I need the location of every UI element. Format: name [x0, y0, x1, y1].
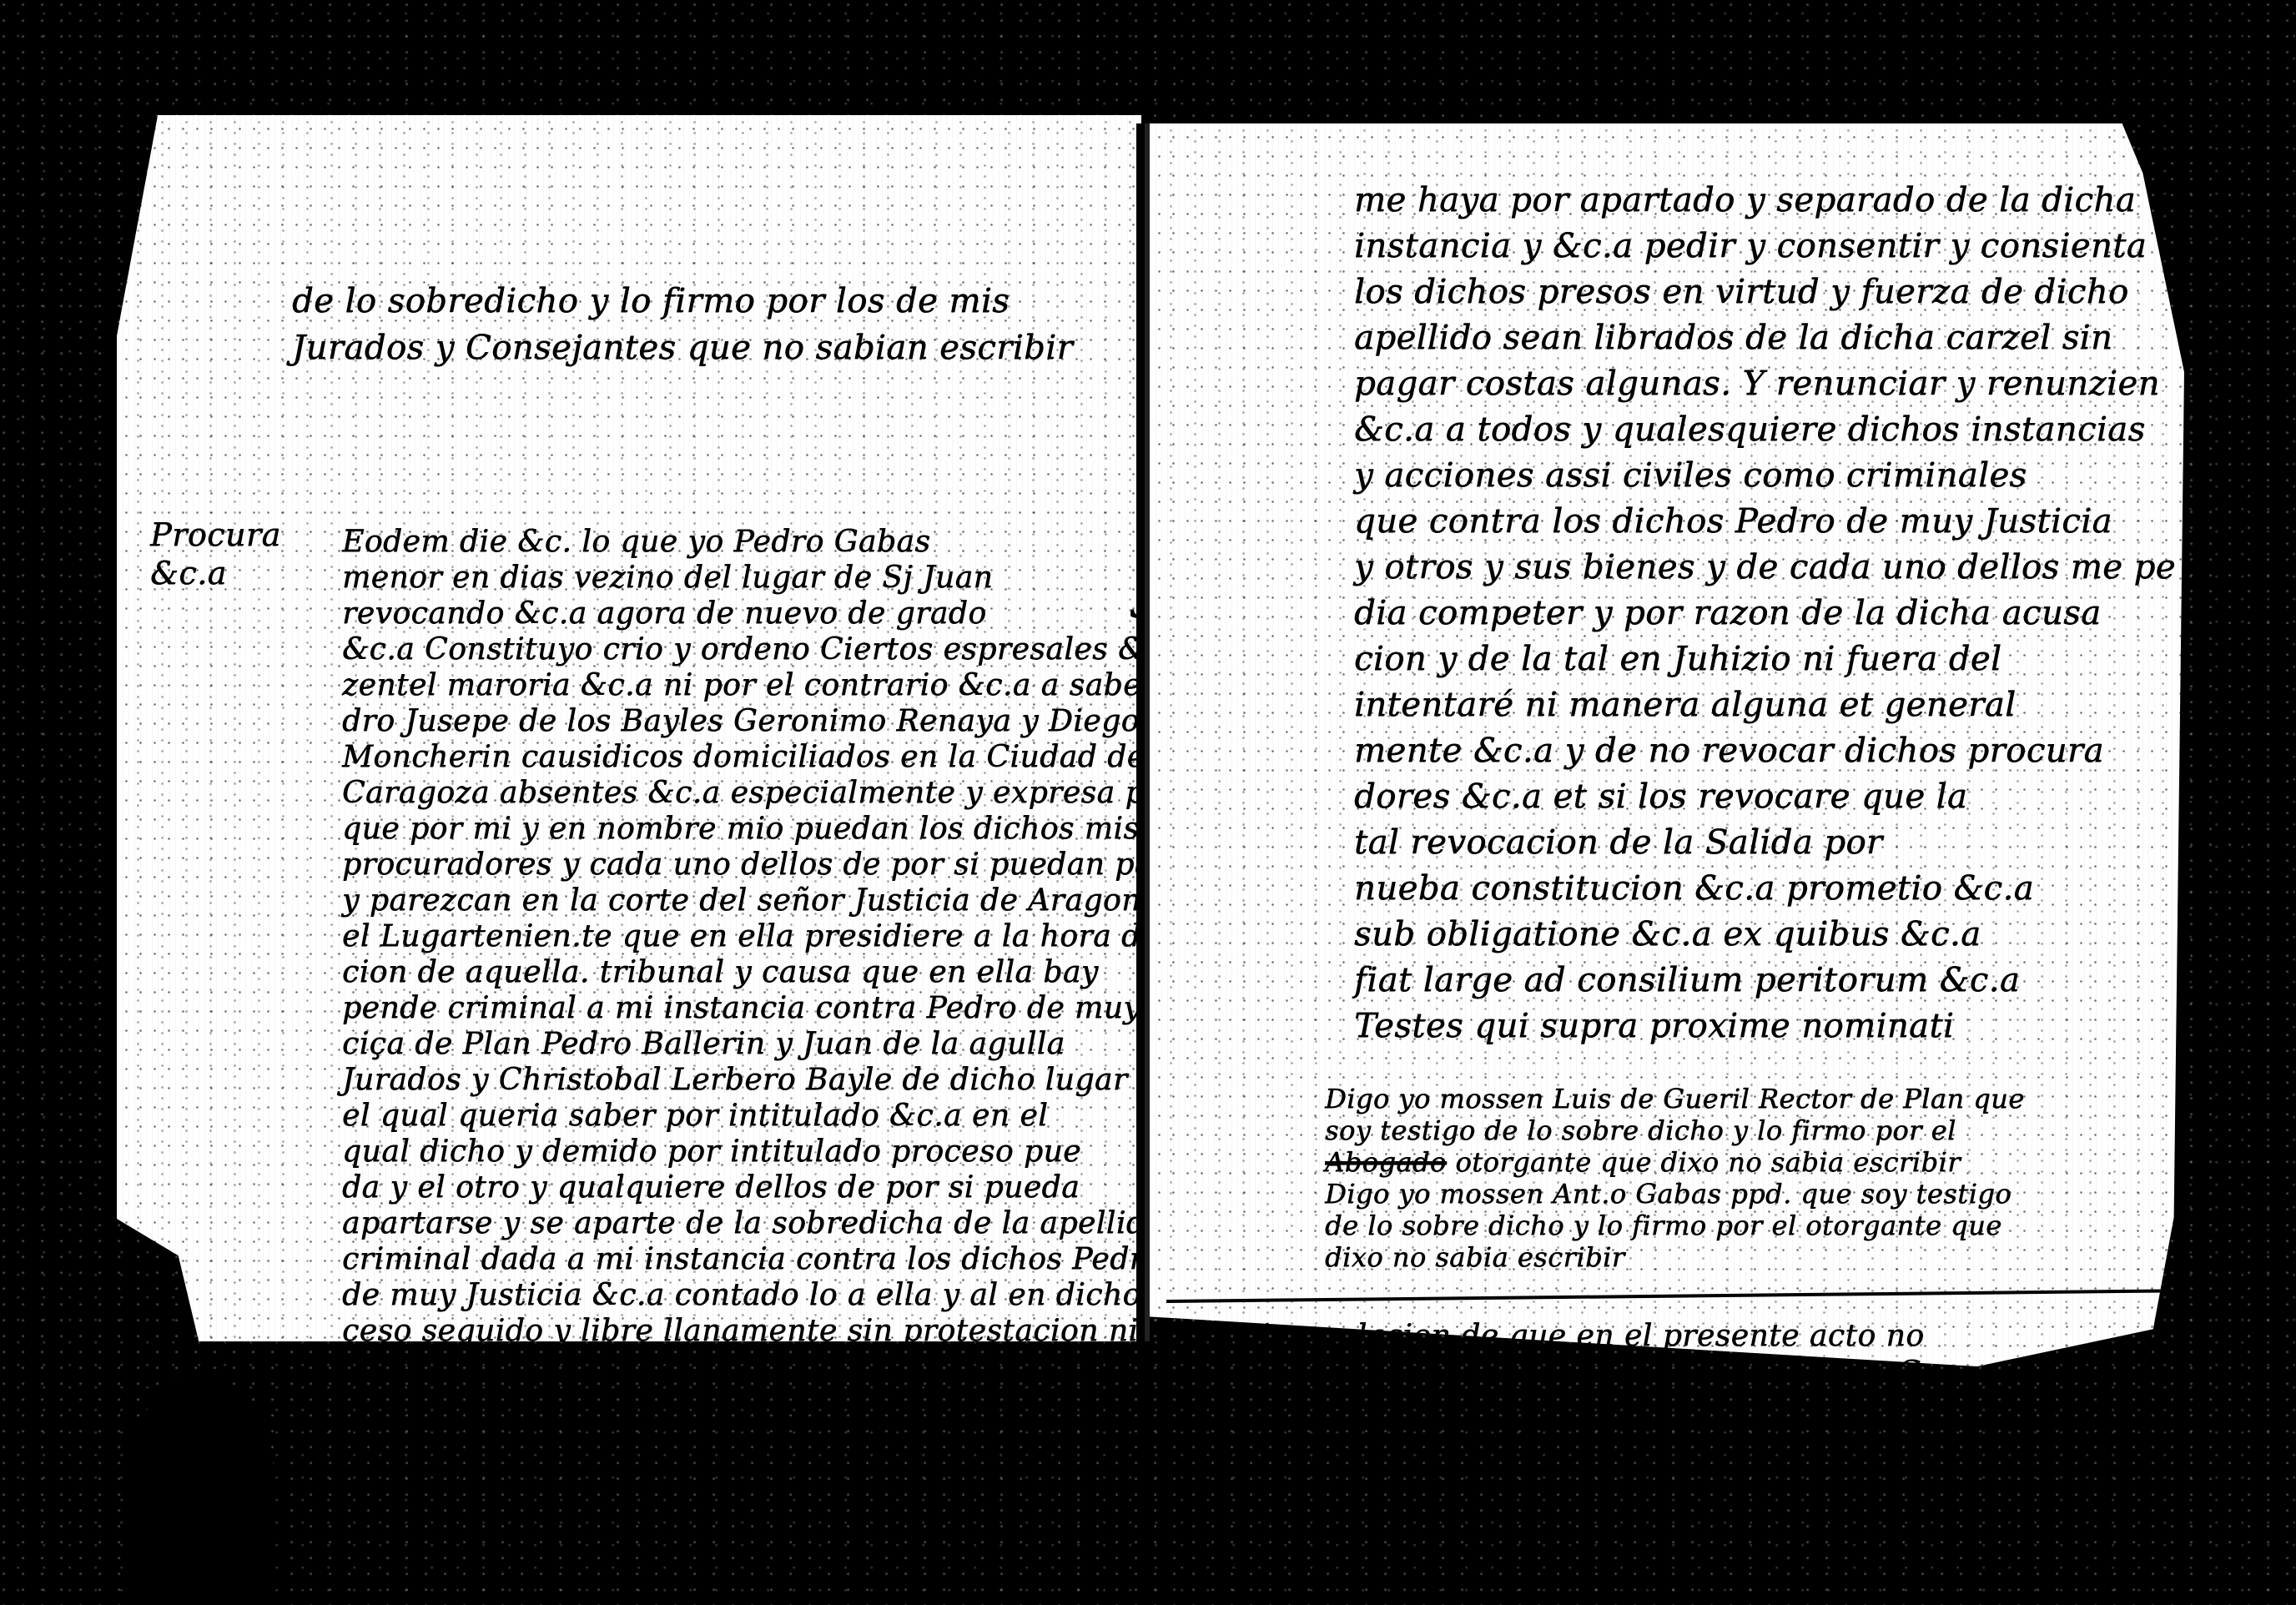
thumb-shadow: [125, 1376, 275, 1605]
text-line: el Lugartenien.te que en ella presidiere…: [342, 918, 1141, 954]
signature-line: Abogado otorgante que dixo no sabia escr…: [1325, 1146, 2025, 1178]
text-line: cion y de la tal en Juhizio ni fuera del: [1354, 636, 2184, 682]
text-line: revocando &c.a agora de nuevo de grado: [342, 596, 1141, 631]
text-line: que por mi y en nombre mio puedan los di…: [342, 811, 1141, 847]
margin-note-line: &c.a: [150, 554, 281, 592]
text-line: menor en dias vezino del lugar de Sj Jua…: [342, 560, 1141, 596]
text-line: apartarse y se aparte de la sobredicha d…: [342, 1205, 1141, 1241]
text-line: ceso seguido y libre llanamente sin prot…: [342, 1313, 1141, 1341]
text-line: sub obligatione &c.a ex quibus &c.a: [1354, 912, 2184, 958]
signature-line: soy testigo de lo sobre dicho y lo firmo…: [1325, 1114, 2025, 1146]
gutter-shadow: [1145, 123, 1150, 1341]
text-line: instancia y &c.a pedir y consentir y con…: [1354, 224, 2184, 269]
text-line: que contra los dichos Pedro de muy Justi…: [1354, 499, 2184, 545]
witness-signatures: Digo yo mossen Luis de Gueril Rector de …: [1325, 1083, 2025, 1273]
text-line: da y el otro y qualquiere dellos de por …: [342, 1170, 1141, 1205]
text-line: procuradores y cada uno dellos de por si…: [342, 847, 1141, 883]
text-line: &c.a Constituyo crio y ordeno Ciertos es…: [342, 631, 1141, 667]
signature-line: Digo yo mossen Ant.o Gabas ppd. que soy …: [1325, 1178, 2025, 1210]
text-line: intentaré ni manera alguna et general: [1354, 682, 2184, 728]
text-line: qual dicho y demido por intitulado proce…: [342, 1134, 1141, 1170]
notary-attestation: Ago relacion de que en el presente acto …: [1254, 1318, 2184, 1366]
text-line: de lo sobredicho y lo firmo por los de m…: [292, 278, 1073, 325]
text-line: Eodem die &c. lo que yo Pedro Gabas: [342, 524, 1141, 560]
text-line: dores &c.a et si los revocare que la: [1354, 774, 2184, 820]
struck-word: Abogado: [1325, 1146, 1447, 1178]
book-spine-gutter: [1136, 123, 1145, 1341]
text-line: dia competer y por razon de la dicha acu…: [1354, 591, 2184, 636]
text-line: &c.a a todos y qualesquiere dichos insta…: [1354, 407, 2184, 453]
text-line: Jurados y Christobal Lerbero Bayle de di…: [342, 1062, 1141, 1098]
text-line: tal revocacion de la Salida por: [1354, 820, 2184, 866]
text-line: Jurados y Consejantes que no sabian escr…: [292, 325, 1073, 371]
text-line: nueba constitucion &c.a prometio &c.a: [1354, 866, 2184, 912]
signature-line: Digo yo mossen Luis de Gueril Rector de …: [1325, 1083, 2025, 1114]
margin-note-line: Procura: [150, 516, 281, 554]
text-line: fiat large ad consilium peritorum &c.a: [1354, 958, 2184, 1004]
attestation-line: Ago relacion de que en el presente acto …: [1254, 1318, 2184, 1355]
text-line: de muy Justicia &c.a contado lo a ella y…: [342, 1277, 1141, 1313]
left-page-body: Eodem die &c. lo que yo Pedro Gabas meno…: [342, 524, 1141, 1341]
text-line: los dichos presos en virtud y fuerza de …: [1354, 269, 2184, 315]
folio-number: 13: [2155, 155, 2184, 194]
text-line: cion de aquella. tribunal y causa que en…: [342, 954, 1141, 990]
text-line: mente &c.a y de no revocar dichos procur…: [1354, 728, 2184, 774]
text-line: ciça de Plan Pedro Ballerin y Juan de la…: [342, 1026, 1141, 1062]
text-line: Moncherin causidicos domiciliados en la …: [342, 739, 1141, 775]
text-line: Caragoza absentes &c.a especialmente y e…: [342, 775, 1141, 811]
left-page-top-lines: de lo sobredicho y lo firmo por los de m…: [292, 278, 1073, 371]
right-page: 13 me haya por apartado y separado de la…: [1150, 123, 2184, 1366]
text-line: pende criminal a mi instancia contra Ped…: [342, 990, 1141, 1026]
signature-line: de lo sobre dicho y lo firmo por el otor…: [1325, 1210, 2025, 1241]
text-line: pagar costas algunas. Y renunciar y renu…: [1354, 361, 2184, 407]
horizontal-divider-rule: [1166, 1289, 2184, 1303]
text-line: me haya por apartado y separado de la di…: [1354, 178, 2184, 224]
text-line: y otros y sus bienes y de cada uno dello…: [1354, 545, 2184, 591]
attestation-line: hay sobre puestos raspados ni borrados. …: [1254, 1355, 2184, 1366]
text-line: zentel maroria &c.a ni por el contrario …: [342, 667, 1141, 703]
text-line: y parezcan en la corte del señor Justici…: [342, 883, 1141, 918]
margin-note: Procura &c.a: [150, 516, 281, 592]
text-line: Testes qui supra proxime nominati: [1354, 1004, 2184, 1049]
text-line: criminal dada a mi instancia contra los …: [342, 1241, 1141, 1277]
text-line: dro Jusepe de los Bayles Geronimo Renaya…: [342, 703, 1141, 739]
text-line: el qual queria saber por intitulado &c.a…: [342, 1098, 1141, 1134]
left-page: de lo sobredicho y lo firmo por los de m…: [117, 115, 1141, 1341]
right-page-body: me haya por apartado y separado de la di…: [1354, 178, 2184, 1049]
text-line: apellido sean librados de la dicha carze…: [1354, 315, 2184, 361]
signature-line: dixo no sabia escribir: [1325, 1241, 2025, 1273]
text-line: y acciones assi civiles como criminales: [1354, 453, 2184, 499]
